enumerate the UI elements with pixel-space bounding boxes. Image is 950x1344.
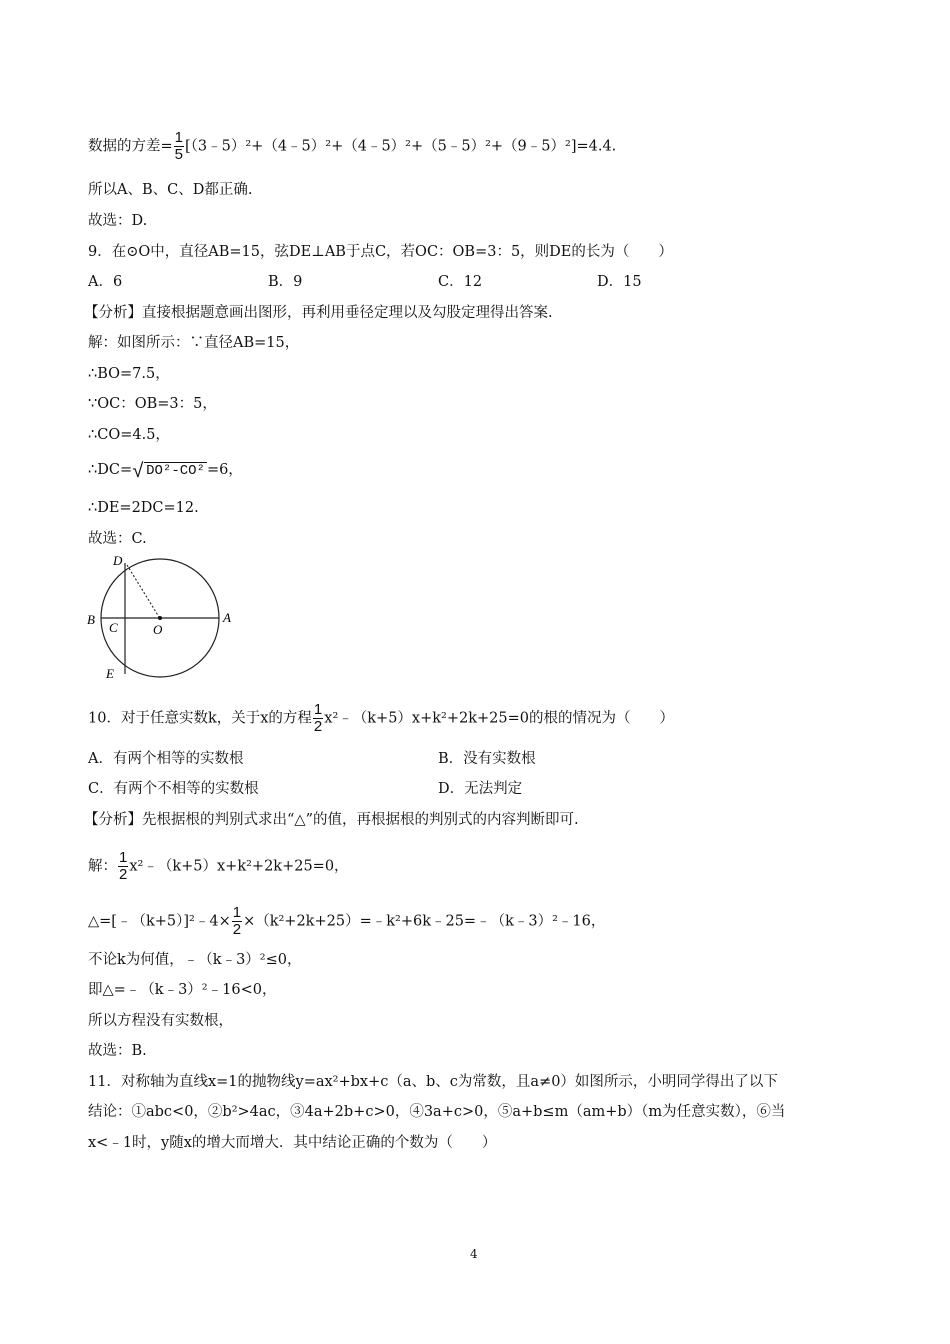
frac-num: 1 — [313, 702, 323, 719]
q10-line-3: 所以方程没有实数根， — [88, 1011, 233, 1031]
delta-suffix: ×（k²+2k+25）=﹣k²+6k﹣25=﹣（k﹣3）²﹣16， — [243, 914, 605, 930]
q9-stem: 9．在⊙O中，直径AB=15，弦DE⊥AB于点C，若OC：OB=3：5，则DE的… — [88, 242, 673, 262]
circle-figure: D B C O A E — [80, 550, 250, 690]
fraction-one-half: 12 — [118, 850, 128, 883]
svg-text:B: B — [87, 612, 95, 627]
circle-diagram-icon: D B C O A E — [80, 550, 250, 690]
frac-num: 1 — [174, 130, 184, 147]
q8-answer: 故选：D. — [88, 211, 147, 231]
svg-text:D: D — [112, 553, 123, 568]
q10-stem-suffix: x²﹣（k+5）x+k²+2k+25=0的根的情况为（ ） — [324, 711, 674, 727]
variance-expr: [（3﹣5）²+（4﹣5）²+（4﹣5）²+（5﹣5）²+（9﹣5）²]=4.4… — [185, 139, 616, 155]
q9-solution-7: 故选：C. — [88, 529, 147, 549]
q11-line-3: x<﹣1时，y随x的增大而增大．其中结论正确的个数为（ ） — [88, 1133, 496, 1153]
svg-text:C: C — [109, 620, 118, 635]
q11-line-2: 结论：①abc<0，②b²>4ac，③4a+2b+c>0，④3a+c>0，⑤a+… — [88, 1102, 785, 1122]
sqrt-expression: √DO²-CO² — [132, 461, 207, 483]
q10-sol-prefix: 解： — [88, 859, 117, 875]
sqrt-result: =6， — [207, 462, 243, 478]
q10-option-c: C．有两个不相等的实数根 — [88, 779, 259, 799]
svg-text:E: E — [105, 666, 114, 681]
q9-solution-1: 解：如图所示：∵直径AB=15， — [88, 333, 299, 353]
q9-solution-6: ∴DE=2DC=12. — [88, 498, 199, 518]
q10-line-4: 故选：B. — [88, 1041, 147, 1061]
frac-den: 5 — [174, 147, 184, 163]
q10-solution-eq: 解：12x²﹣（k+5）x+k²+2k+25=0， — [88, 850, 349, 883]
q10-sol-eq: x²﹣（k+5）x+k²+2k+25=0， — [129, 859, 348, 875]
q10-line-2: 即△=﹣（k﹣3）²﹣16<0， — [88, 980, 276, 1000]
svg-text:A: A — [222, 610, 231, 625]
q10-option-d: D．无法判定 — [438, 779, 522, 799]
q9-solution-2: ∴BO=7.5， — [88, 364, 170, 384]
radical-sign: √ — [132, 461, 144, 484]
q9-option-c: C．12 — [438, 272, 482, 292]
q11-line-1: 11．对称轴为直线x=1的抛物线y=ax²+bx+c（a、b、c为常数，且a≠0… — [88, 1072, 778, 1092]
frac-num: 1 — [232, 905, 242, 922]
q10-delta: △=[﹣（k+5）]²﹣4×12×（k²+2k+25）=﹣k²+6k﹣25=﹣（… — [88, 905, 605, 938]
q8-conclusion: 所以A、B、C、D都正确. — [88, 180, 252, 200]
q10-analysis: 【分析】先根据根的判别式求出“△”的值，再根据根的判别式的内容判断即可. — [84, 810, 579, 830]
fraction-one-half: 12 — [232, 905, 242, 938]
svg-text:O: O — [153, 622, 163, 637]
variance-line: 数据的方差=15[（3﹣5）²+（4﹣5）²+（4﹣5）²+（5﹣5）²+（9﹣… — [88, 130, 616, 163]
q9-analysis: 【分析】直接根据题意画出图形，再利用垂径定理以及勾股定理得出答案. — [84, 303, 553, 323]
frac-den: 2 — [232, 922, 242, 938]
q10-option-a: A．有两个相等的实数根 — [88, 749, 243, 769]
variance-label: 数据的方差= — [88, 139, 173, 155]
q9-option-d: D．15 — [597, 272, 642, 292]
page-number: 4 — [470, 1247, 478, 1261]
frac-num: 1 — [118, 850, 128, 867]
q9-solution-5: ∴DC=√DO²-CO²=6， — [88, 460, 243, 483]
q9-solution-3: ∵OC：OB=3：5， — [88, 394, 217, 414]
dc-label: ∴DC= — [88, 462, 132, 478]
fraction-one-half: 12 — [313, 702, 323, 735]
delta-prefix: △=[﹣（k+5）]²﹣4× — [88, 914, 231, 930]
q10-option-b: B．没有实数根 — [438, 749, 536, 769]
sqrt-radicand: DO²-CO² — [144, 462, 207, 479]
q9-option-b: B．9 — [268, 272, 302, 292]
q9-option-a: A．6 — [88, 272, 122, 292]
q10-stem: 10．对于任意实数k，关于x的方程12x²﹣（k+5）x+k²+2k+25=0的… — [88, 702, 674, 735]
q10-stem-prefix: 10．对于任意实数k，关于x的方程 — [88, 711, 312, 727]
frac-den: 2 — [118, 867, 128, 883]
fraction-one-fifth: 15 — [174, 130, 184, 163]
frac-den: 2 — [313, 719, 323, 735]
q9-solution-4: ∴CO=4.5， — [88, 425, 170, 445]
q10-line-1: 不论k为何值，﹣（k﹣3）²≤0， — [88, 950, 302, 970]
